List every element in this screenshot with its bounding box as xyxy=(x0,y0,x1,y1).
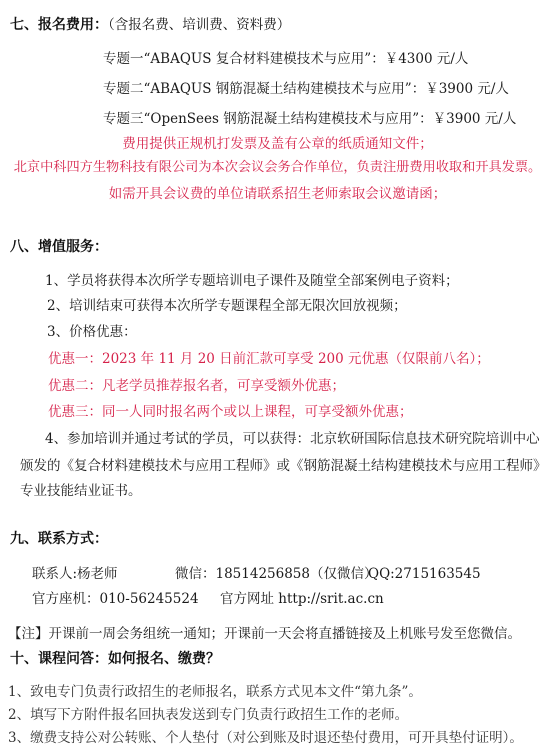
topic-1-fee: 专题一“ABAQUS 复合材料建模技术与应用”：￥4300 元/人 xyxy=(103,50,468,68)
contact-qq: QQ:2715163545 xyxy=(368,565,481,583)
service-item-4-line2: 颁发的《复合材料建模技术与应用工程师》或《钢筋混凝土结构建模技术与应用工程师》 xyxy=(20,457,547,475)
website-link[interactable]: http://srit.ac.cn xyxy=(278,591,383,607)
partner-note: 北京中科四方生物科技有限公司为本次会议会务合作单位，负责注册费用收取和开具发票。 xyxy=(0,159,555,177)
contact-person: 联系人:杨老师 xyxy=(32,565,118,583)
service-item-3: 3、价格优惠： xyxy=(47,323,137,341)
discount-3: 优惠三：同一人同时报名两个或以上课程，可享受额外优惠； xyxy=(48,403,413,421)
section8-title: 八、增值服务： xyxy=(10,238,108,256)
notice-note: 【注】开课前一周会务组统一通知；开课前一天会将直播链接及上机账号发至您微信。 xyxy=(8,625,521,643)
topic-3-fee: 专题三“OpenSees 钢筋混凝土结构建模技术与应用”：￥3900 元/人 xyxy=(103,110,516,128)
faq-item-1: 1、致电专门负责行政招生的老师报名，联系方式见本文件“第九条”。 xyxy=(8,683,422,701)
invoice-note: 费用提供正规机打发票及盖有公章的纸质通知文件； xyxy=(0,135,555,153)
discount-1: 优惠一：2023 年 11 月 20 日前汇款可享受 200 元优惠（仅限前八名… xyxy=(48,350,490,368)
discount-2: 优惠二：凡老学员推荐报名者，可享受额外优惠； xyxy=(48,377,345,395)
website-label: 官方网址 xyxy=(220,591,274,607)
topic-2-fee: 专题二“ABAQUS 钢筋混凝土结构建模技术与应用”：￥3900 元/人 xyxy=(103,80,509,98)
section9-title: 九、联系方式： xyxy=(10,530,108,548)
section7-subtitle: （含报名费、培训费、资料费） xyxy=(108,17,290,33)
service-item-1: 1、学员将获得本次所学专题培训电子课件及随堂全部案例电子资料； xyxy=(45,272,459,290)
service-item-4-line3: 专业技能结业证书。 xyxy=(20,482,142,500)
section7-title: 七、报名费用： xyxy=(10,17,108,33)
contact-wechat: 微信：18514256858（仅微信） xyxy=(175,565,377,583)
contact-website: 官方网址 http://srit.ac.cn xyxy=(220,590,384,608)
invitation-note: 如需开具会议费的单位请联系招生老师索取会议邀请函； xyxy=(0,185,555,203)
section7-heading: 七、报名费用：（含报名费、培训费、资料费） xyxy=(10,16,290,34)
service-item-4-line1: 4、参加培训并通过考试的学员，可以获得：北京软研国际信息技术研究院培训中心 xyxy=(45,430,540,448)
service-item-2: 2、培训结束可获得本次所学专题课程全部无限次回放视频； xyxy=(47,297,407,315)
faq-item-2: 2、填写下方附件报名回执表发送到专门负责行政招生工作的老师。 xyxy=(8,706,408,724)
section10-title: 十、课程问答：如何报名、缴费？ xyxy=(10,650,220,668)
contact-phone: 官方座机：010-56245524 xyxy=(32,590,199,608)
faq-item-3: 3、缴费支持公对公转账、个人垫付（对公到账及时退还垫付费用，可开具垫付证明）。 xyxy=(8,729,523,747)
